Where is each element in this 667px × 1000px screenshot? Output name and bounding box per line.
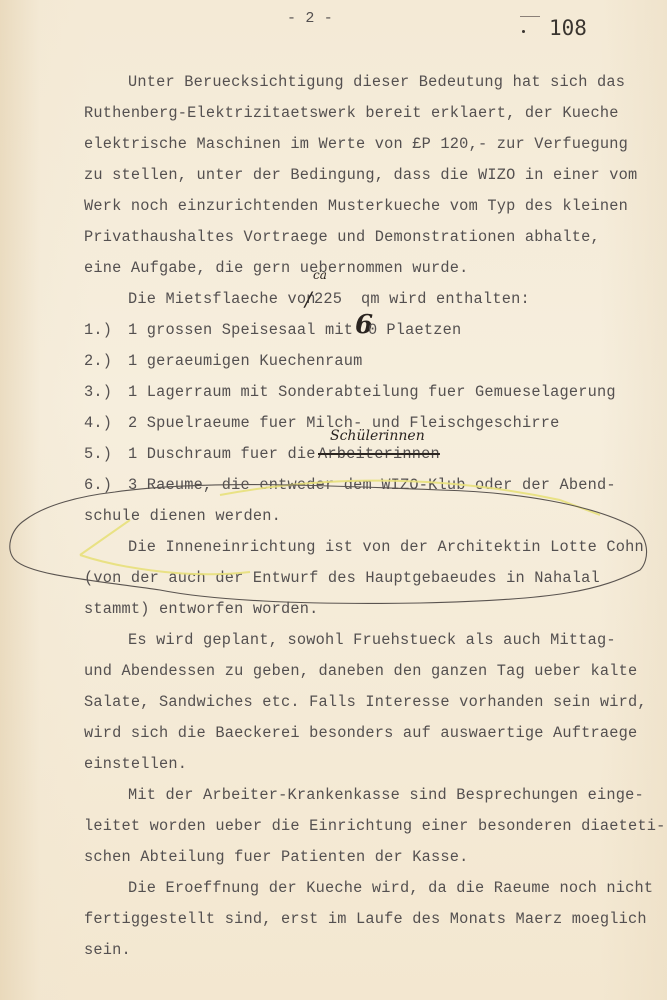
- list-number-3: 3.): [84, 383, 112, 401]
- list-item-1-before: 1 grossen Speisesaal mit: [128, 321, 363, 339]
- p4-line-3: Salate, Sandwiches etc. Falls Interesse …: [84, 693, 647, 711]
- p1-line-2: Ruthenberg-Elektrizitaetswerk bereit erk…: [84, 104, 619, 122]
- folio-dot-mark: [522, 30, 525, 33]
- list-number-6: 6.): [84, 476, 112, 494]
- folio-dash-mark: [520, 16, 540, 17]
- list-number-4: 4.): [84, 414, 112, 432]
- p1-line-6: Privathaushaltes Vortraege und Demonstra…: [84, 228, 600, 246]
- p1-line-1: Unter Beruecksichtigung dieser Bedeutung…: [128, 73, 625, 91]
- handwritten-ca-annotation: ca: [313, 268, 327, 282]
- folio-number: 108: [549, 16, 587, 40]
- p6-line-2: fertiggestellt sind, erst im Laufe des M…: [84, 910, 647, 928]
- list-item-2: 1 geraeumigen Kuechenraum: [128, 352, 363, 370]
- p5-line-1: Mit der Arbeiter-Krankenkasse sind Bespr…: [128, 786, 644, 804]
- p1-line-7: eine Aufgabe, die gern uebernommen wurde…: [84, 259, 469, 277]
- list-item-6: 3 Raeume, die entweder dem WIZO-Klub ode…: [128, 476, 616, 494]
- p1-line-5: Werk noch einzurichtenden Musterkueche v…: [84, 197, 628, 215]
- list-number-2: 2.): [84, 352, 112, 370]
- yellow-highlighter-mark: [80, 481, 600, 575]
- p2-intro-before: Die Mietsflaeche von: [128, 290, 316, 308]
- p4-line-1: Es wird geplant, sowohl Fruehstueck als …: [128, 631, 616, 649]
- list-number-1: 1.): [84, 321, 112, 339]
- handwritten-slash: /: [305, 287, 312, 311]
- p3-line-2: (von der auch der Entwurf des Hauptgebae…: [84, 569, 600, 587]
- p3-line-3: stammt) entworfen worden.: [84, 600, 319, 618]
- p5-line-3: schen Abteilung fuer Patienten der Kasse…: [84, 848, 469, 866]
- p1-line-3: elektrische Maschinen im Werte von £P 12…: [84, 135, 628, 153]
- list-item-5: 1 Duschraum fuer die: [128, 445, 325, 463]
- p4-line-2: und Abendessen zu geben, daneben den gan…: [84, 662, 637, 680]
- page-number: - 2 -: [287, 10, 333, 28]
- p4-line-5: einstellen.: [84, 755, 187, 773]
- list-item-3: 1 Lagerraum mit Sonderabteilung fuer Gem…: [128, 383, 616, 401]
- list-item-1-typed-zero: 0: [368, 321, 377, 339]
- list-continuation: schule dienen werden.: [84, 507, 281, 525]
- p5-line-2: leitet worden ueber die Einrichtung eine…: [84, 817, 666, 835]
- list-item-1-after: Plaetzen: [377, 321, 461, 339]
- p2-intro-value: 225: [314, 290, 342, 308]
- document-page: - 2 - 108 Unter Beruecksichtigung dieser…: [0, 0, 667, 1000]
- p6-line-3: sein.: [84, 941, 131, 959]
- handwritten-replacement: Schülerinnen: [330, 428, 425, 444]
- p6-line-1: Die Eroeffnung der Kueche wird, da die R…: [128, 879, 653, 897]
- list-number-5: 5.): [84, 445, 112, 463]
- struck-word: Arbeiterinnen: [318, 445, 440, 463]
- p2-intro-after: qm wird enthalten:: [361, 290, 530, 308]
- p3-line-1: Die Inneneinrichtung ist von der Archite…: [128, 538, 644, 556]
- p4-line-4: wird sich die Baeckerei besonders auf au…: [84, 724, 637, 742]
- p1-line-4: zu stellen, unter der Bedingung, dass di…: [84, 166, 637, 184]
